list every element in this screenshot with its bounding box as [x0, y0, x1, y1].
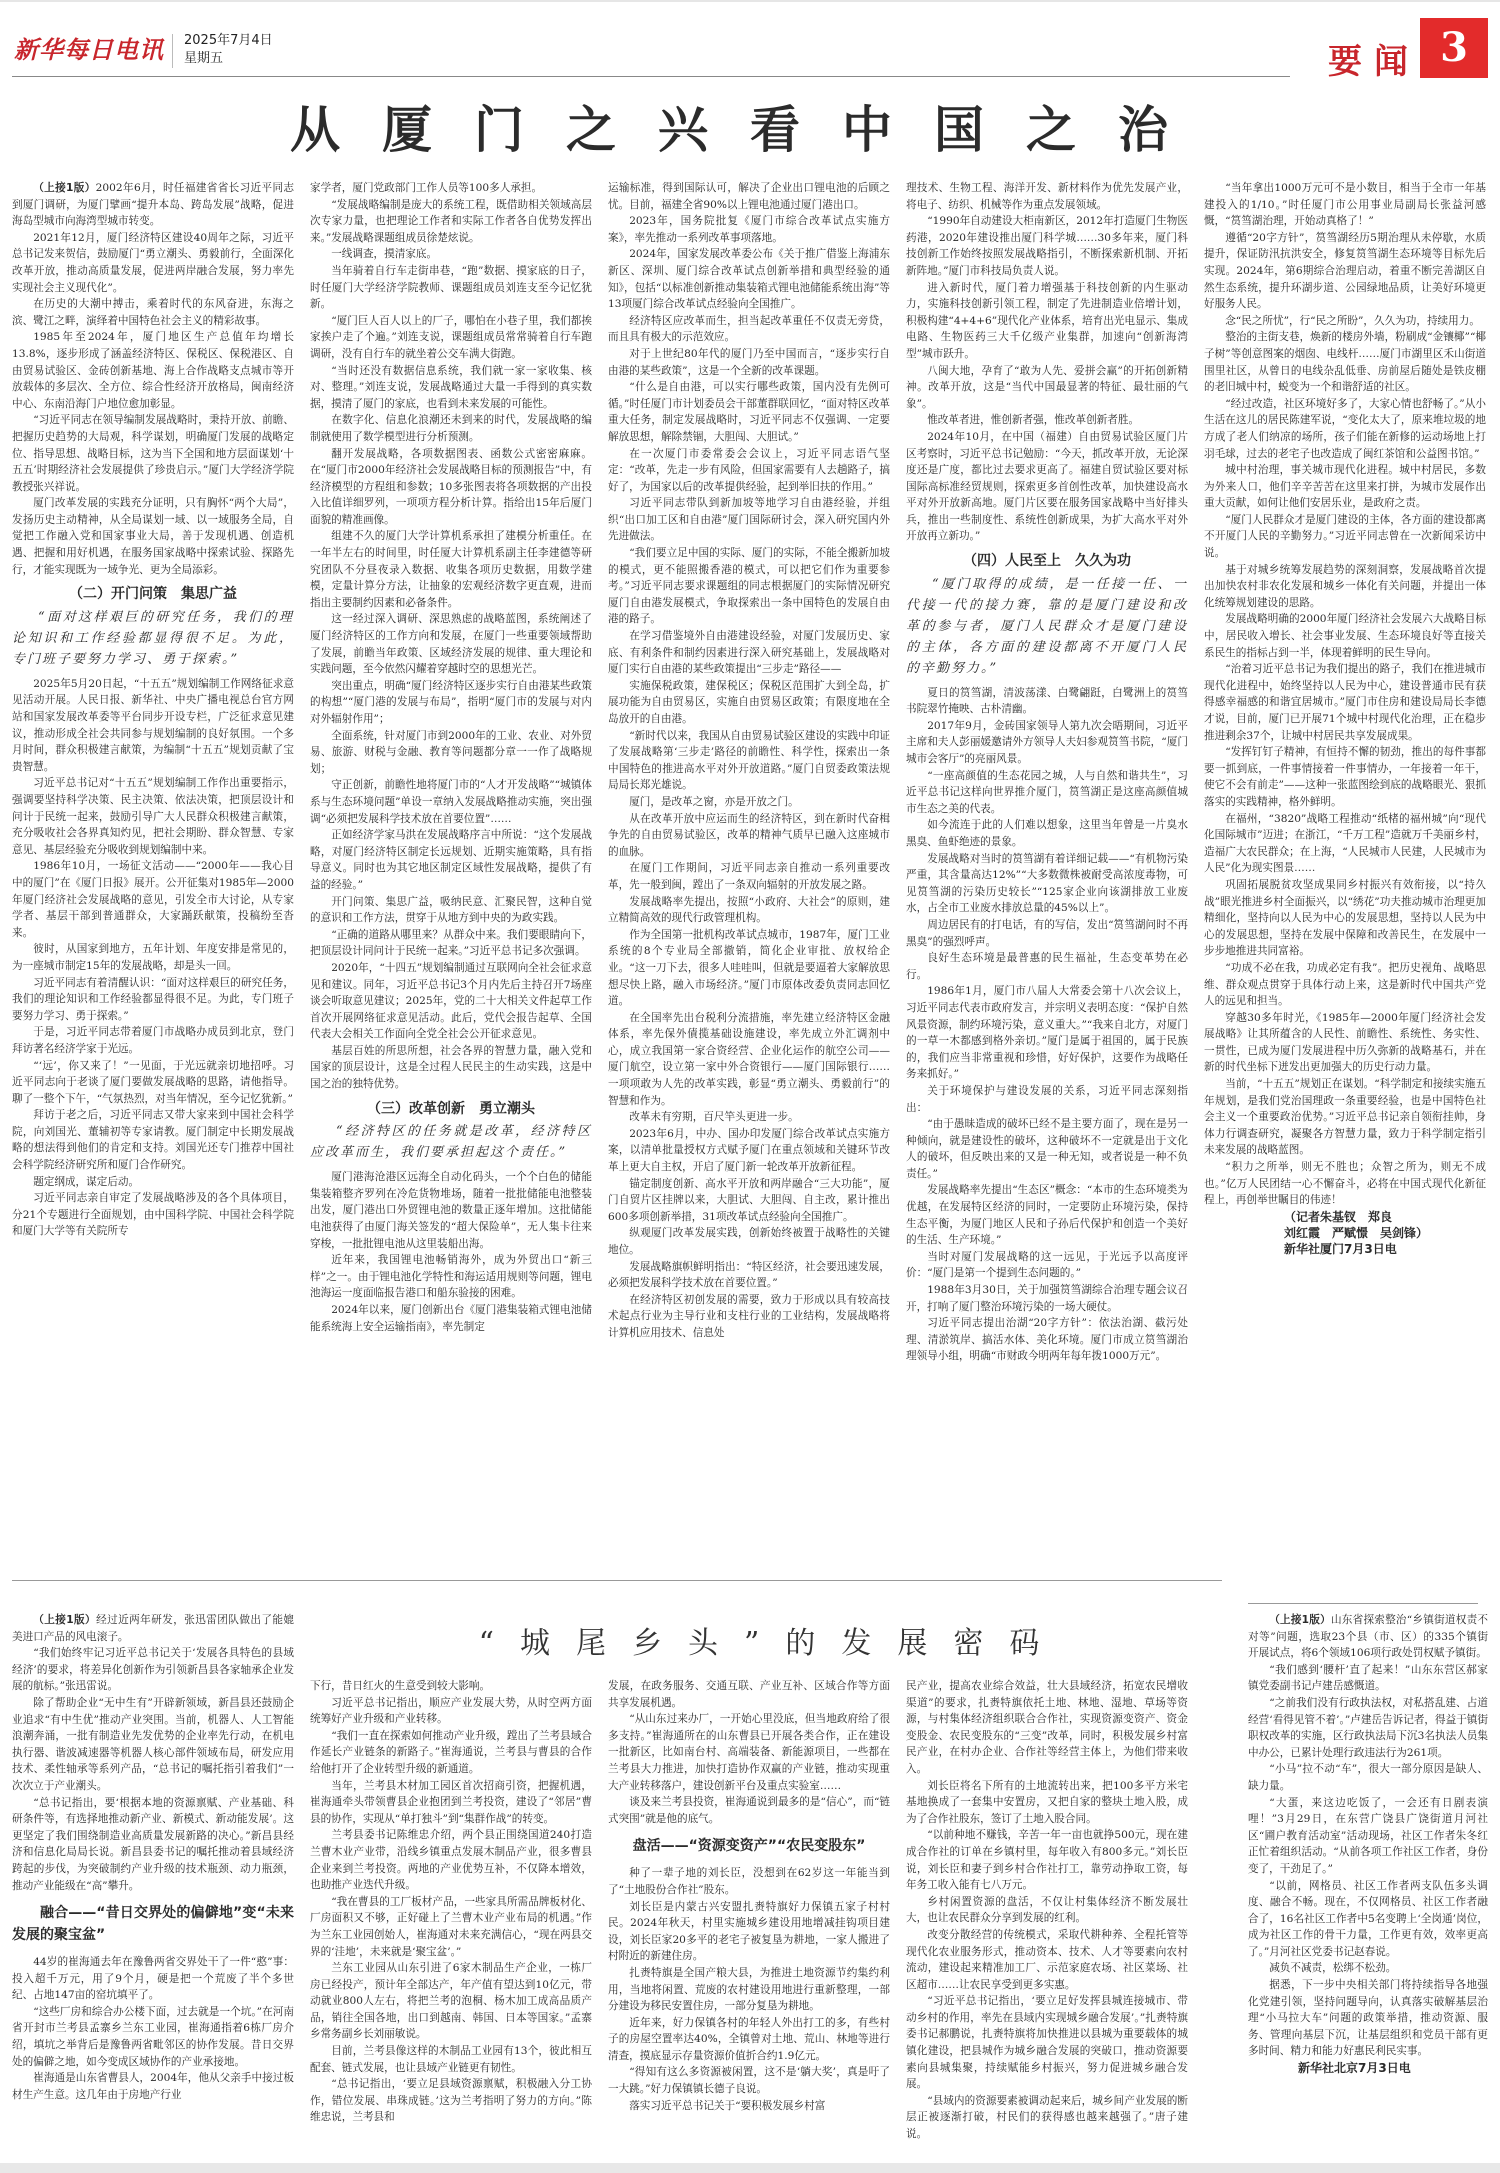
logo-separator [172, 34, 173, 68]
paragraph: 厦门，是改革之窗，亦是开放之门。 [608, 794, 890, 811]
paragraph: 拜访于老之后，习近平同志又带大家来到中国社会科学院，向刘国光、董辅初等专家请教。… [12, 1107, 294, 1173]
paragraph: 组建不久的厦门大学计算机系承担了建模分析重任。在一年半左右的时间里，时任厦大计算… [310, 528, 592, 611]
lower-center-column-3: 民产业，提高农业综合效益，壮大县域经济，拓宽农民增收渠道”的要求，扎赉特旗依托土… [906, 1678, 1188, 2160]
paragraph: “当年拿出1000万元可不是小数目，相当于全市一年基建投入的1/10。”时任厦门… [1204, 180, 1486, 230]
paragraph: 刘长臣将名下所有的土地流转出来，把100多平方米宅基地换成了一套集中安置房，又把… [906, 1778, 1188, 1828]
article-column-5: “当年拿出1000万元可不是小数目，相当于全市一年基建投入的1/10。”时任厦门… [1204, 180, 1486, 1575]
main-article: （上接1版）2002年6月，时任福建省省长习近平同志到厦门调研，为厦门擘画“提升… [12, 180, 1488, 1575]
issue-date: 2025年7月4日 星期五 [184, 32, 273, 68]
paragraph: 2017年9月，金砖国家领导人第九次会晤期间，习近平主席和夫人彭丽媛邀请外方领导… [906, 718, 1188, 768]
paragraph: “大蛋，来这边吃饭了，一会还有日剧表演哩！”3月29日，在东营广饶县广饶街道月河… [1248, 1795, 1488, 1878]
paragraph: 城中村治理，事关城市现代化进程。城中村居民，多数为外来人口，他们辛辛苦苦在这里来… [1204, 462, 1486, 512]
paragraph: 发展战略明确的2000年厦门经济社会发展六大战略目标中，居民收入增长、社会事业发… [1204, 611, 1486, 661]
paragraph: 在全国率先出台税利分流措施，率先建立经济特区金融体系，率先保外債揽基础设施建设，… [608, 1010, 890, 1110]
lower-articles: （上接1版）经过近两年研发，张迅雷团队做出了能媲美进口产品的风电滚子。 “我们始… [12, 1600, 1488, 2160]
paragraph: 发展战略对当时的筼筜湖有着详细记载——“有机物污染严重，其含量高达12%”“大多… [906, 851, 1188, 917]
paragraph: 落实习近平总书记关于“要积极发展乡村富 [608, 2098, 890, 2115]
dateline: 新华社北京7月3日电 [1248, 2060, 1488, 2076]
paragraph: “以前种地不赚钱，辛苦一年一亩也就挣500元，现在建成合作社的订单在乡镇村里，每… [906, 1827, 1188, 1893]
paragraph: 2023年，国务院批复《厦门市综合改革试点实施方案》，率先推动一系列改革事项落地… [608, 213, 890, 246]
paragraph: 全面系统，针对厦门市到2000年的工业、农业、对外贸易、旅游、财税与金融、教育等… [310, 728, 592, 778]
paragraph: “县域内的资源要素被调动起来后，城乡间产业发展的断层正被逐渐打破，村民们的获得感… [906, 2093, 1188, 2143]
paragraph: 乡村闲置资源的盘活，不仅让村集体经济不断发展壮大，也让农民群众分享到发展的红利。 [906, 1894, 1188, 1927]
paragraph: 遵循“20字方针”，筼筜湖经历5期治理从未停歇，水质提升，保证防汛抗洪安全，修复… [1204, 230, 1486, 313]
paragraph: 1986年1月，厦门市八届人大常委会第十八次会议上，习近平同志代表市政府发言，并… [906, 983, 1188, 1083]
paragraph: “我们要立足中国的实际、厦门的实际，不能全搬新加坡的模式，更不能照搬香港的模式，… [608, 545, 890, 628]
paragraph: “总书记指出，要‘根据本地的资源禀赋、产业基础、科研条件等，有选择地推动新产业、… [12, 1795, 294, 1895]
paragraph: 运输标准，得到国际认可，解决了企业出口锂电池的后顾之忧。目前，福建全省90%以上… [608, 180, 890, 213]
paragraph: 扎赉特旗是全国产粮大县，为推进土地资源节约集约利用，当地将闲置、荒废的农村建设用… [608, 1965, 890, 2015]
paragraph: “我们一直在探索如何推动产业升级，蹚出了兰考县域合作延长产业链条的新路子。”崔海… [310, 1728, 592, 1778]
paragraph: 在厦门工作期间，习近平同志亲自推动一系列重要改革，先一般到闽，蹚出了一条双向辐射… [608, 860, 890, 893]
lower-left-article: （上接1版）经过近两年研发，张迅雷团队做出了能媲美进口产品的风电滚子。 “我们始… [12, 1612, 294, 2160]
paragraph: 民产业，提高农业综合效益，壮大县域经济，拓宽农民增收渠道”的要求，扎赉特旗依托土… [906, 1678, 1188, 1778]
paragraph: 1986年10月，一场征文活动——“2000年——我心目中的厦门”在《厦门日报》… [12, 858, 294, 941]
paragraph: 这一经过深入调研、深思熟虑的战略蓝图，系统阐述了厦门经济特区的工作方向和发展，在… [310, 611, 592, 677]
paragraph: “积力之所举，则无不胜也；众智之所为，则无不成也。”亿万人民团结一心不懈奋斗，必… [1204, 1159, 1486, 1209]
paragraph: 1988年3月30日，关于加强筼筜湖综合治理专题会议召开，打响了厦门整治环境污染… [906, 1282, 1188, 1315]
paragraph: 当年，兰考县木材加工园区首次招商引资，把握机遇，崔海通牵头带领曹县企业抱团到兰考… [310, 1778, 592, 1828]
paragraph: “正确的道路从哪里来？从群众中来。我们要眼睛向下，把顶层设计同问计于民统一起来。… [310, 927, 592, 960]
paragraph: 实施保税政策，建保税区；保税区范围扩大到全岛，扩展功能为自由贸易区，实施自由贸易… [608, 678, 890, 728]
masthead: 新华每日电讯 2025年7月4日 星期五 要闻 3 [0, 0, 1500, 76]
paragraph: “厦门人民群众才是厦门建设的主体，各方面的建设都离不开厦门人民的辛勤努力。”习近… [1204, 512, 1486, 562]
paragraph: 改革未有穷期，百尺竿头更进一步。 [608, 1109, 890, 1126]
paragraph: 在经济特区初创发展的需要，致力于形成以具有较高技术起点行业为主导行业和支柱行业的… [608, 1292, 890, 1342]
paragraph: 2024年以来，厦门创新出台《厦门港集装箱式锂电池储能系统海上安全运输指南》，率… [310, 1302, 592, 1335]
newspaper-logo: 新华每日电讯 [14, 30, 164, 65]
paragraph: 一线调查，摸清家底。 [310, 246, 592, 263]
paragraph: 发展战略率先提出，按照“小政府、大社会”的原则，建立精简高效的现代行政管理机构。 [608, 894, 890, 927]
section-divider [12, 1580, 1222, 1581]
paragraph: “之前我们没有行政执法权，对私搭乱建、占道经营‘看得见管不着’。”卢建岳告诉记者… [1248, 1695, 1488, 1761]
paragraph: “以前，网格员、社区工作者两支队伍多头调度、融合不畅。现在，不仅网格员、社区工作… [1248, 1878, 1488, 1961]
paragraph: 正如经济学家马洪在发展战略序言中所说：“这个发展战略，对厦门经济特区制定长远规划… [310, 827, 592, 893]
paragraph: 发展战略旗帜鲜明指出：“特区经济，社会要迅速发展，必须把发展科学技术放在首要位置… [608, 1259, 890, 1292]
paragraph: 2024年，国家发展改革委公布《关于推广借鉴上海浦东新区、深圳、厦门综合改革试点… [608, 246, 890, 312]
paragraph: “习近平同志在领导编制发展战略时，秉持开放、前瞻、把握历史趋势的大局观，科学谋划… [12, 412, 294, 495]
paragraph: “这些厂房和综合办公楼下面，过去就是一个坑。”在河南省开封市兰考县孟寨乡兰东工业… [12, 2004, 294, 2070]
paragraph: 习近平同志带队到新加坡等地学习自由港经验，并组织“出口加工区和自由港”厦门国际研… [608, 495, 890, 545]
weekday: 星期五 [184, 50, 273, 68]
continued-label: （上接1版） [1269, 1614, 1331, 1626]
paragraph: 在一次厦门市委常委会会议上，习近平同志语气坚定：“改革，先走一步有风险，但国家需… [608, 446, 890, 496]
paragraph: “从山东过来办厂，一开始心里没底，但当地政府给了很多支持。”崔海通所在的山东曹县… [608, 1711, 890, 1794]
paragraph: 穿越30多年时光，《1985年—2000年厦门经济社会发展战略》让其所蕴含的人民… [1204, 1010, 1486, 1076]
paragraph: 整治的主街支巷，焕新的楼房外墙，粉刷成“金镶椰”“椰子树”等创意图案的烟囱、电线… [1204, 329, 1486, 395]
main-headline: 从厦门之兴看中国之治 [0, 80, 1500, 180]
paragraph: 巩固拓展脱贫攻坚成果同乡村振兴有效衔接，以“持久战”眼光推进乡村全面振兴，以“绣… [1204, 877, 1486, 960]
paragraph: 44岁的崔海通去年在豫鲁两省交界处干了一件“憨”事：投入超千万元，用了9个月，硬… [12, 1954, 294, 2004]
paragraph: 夏日的筼筜湖，清波荡漾、白鹭翩跹，白鹭洲上的筼筜书院翠竹掩映、古朴清幽。 [906, 685, 1188, 718]
paragraph: “‘远’，你又来了！”一见面，于光远就亲切地招呼。习近平同志向于老谈了厦门要做发… [12, 1058, 294, 1108]
masthead-rule [12, 76, 1290, 77]
paragraph: 良好生态环境是最普惠的民生福祉，生态变革势在必行。 [906, 950, 1188, 983]
lower-center-column-1: 下行，昔日红火的生意受到较大影响。 习近平总书记指出，顺应产业发展大势，从时空两… [310, 1678, 592, 2160]
paragraph: 经济特区应改革而生，担当起改革重任不仅责无旁贷，而且具有极大的示范效应。 [608, 313, 890, 346]
paragraph: 发展，在政务服务、交通互联、产业互补、区域合作等方面共享发展机遇。 [608, 1678, 890, 1711]
paragraph: “一座高颜值的生态花园之城，人与自然和谐共生”，习近平总书记这样向世界推介厦门，… [906, 768, 1188, 818]
paragraph: 周边居民有的打电话，有的写信，发出“筼筜湖问时不再黑臭”的强烈呼声。 [906, 917, 1188, 950]
paragraph: 习近平同志亲自审定了发展战略涉及的各个具体项目，分21个专题进行全面规划，由中国… [12, 1190, 294, 1240]
paragraph: 兰考县委书记陈维忠介绍，两个县正围绕国道240打造兰曹木业产业带，沿线乡镇重点发… [310, 1827, 592, 1893]
lower-headline: “城尾乡头”的发展密码 [307, 1618, 1237, 1662]
continued-label: （上接1版） [33, 1614, 96, 1626]
paragraph: 习近平总书记指出，顺应产业发展大势，从时空两方面统筹好产业升级和产业转移。 [310, 1695, 592, 1728]
paragraph: 2023年6月，中办、国办印发厦门综合改革试点实施方案，以清单批量授权方式赋予厦… [608, 1126, 890, 1176]
paragraph: 念“民之所忧”，行“民之所盼”，久久为功，持续用力。 [1204, 313, 1486, 330]
paragraph: “1990年自动建设大柜南新区，2012年打造厦门生物医药港，2020年建设推出… [906, 213, 1188, 279]
paragraph: 改变分散经营的传统模式，采取代耕种养、全程托管等现代化农业服务形式，推动资本、技… [906, 1927, 1188, 1993]
paragraph: 当前，“十五五”规划正在谋划。“科学制定和接续实施五年规划，是我们党治国理政一条… [1204, 1076, 1486, 1159]
paragraph: 在福州，“3820”战略工程推动“纸楮的福州城”向“现代化国际城市”迈进；在浙江… [1204, 811, 1486, 877]
paragraph: 在历史的大潮中搏击，乘着时代的东风奋进，东海之滨、鹭江之畔，演绎着中国特色社会主… [12, 296, 294, 329]
paragraph: 崔海通是山东省曹县人，2004年，他从父亲手中接过板材生产生意。这几年由于房地产… [12, 2070, 294, 2103]
section-subhead: 盘活——“资源变资产”“农民变股东” [608, 1835, 890, 1857]
paragraph: 基层百姓的所思所想，社会各界的智慧力量，融入党和国家的顶层设计，这是全过程人民民… [310, 1043, 592, 1093]
paragraph: 对于上世纪80年代的厦门乃至中国而言，“逐步实行自由港的某些政策”，这是一个全新… [608, 346, 890, 379]
paragraph: 锚定制度创新、高水平开放和两岸融合“三大功能”，厦门自贸片区挂牌以来，大胆试、大… [608, 1176, 890, 1226]
paragraph: 目前，兰考县像这样的木制品工业园有13个，彼此相互配套、链式发展，也让县域产业链… [310, 2043, 592, 2076]
paragraph: 习近平总书记对“十五五”规划编制工作作出重要指示，强调要坚持科学决策、民主决策、… [12, 775, 294, 858]
paragraph: 在数字化、信息化浪潮还未到来的时代，发展战略的编制就使用了数学模型进行分析预测。 [310, 412, 592, 445]
paragraph: “由于愚昧造成的破坏已经不是主要方面了，现在是另一种倾向，就是建设性的破坏，这种… [906, 1116, 1188, 1182]
paragraph: 厦门改革发展的实践充分证明，只有胸怀“两个大局”，发扬历史主动精神，从全局谋划一… [12, 495, 294, 578]
paragraph: 纵观厦门改革发展实践，创新始终被置于战略性的关键地位。 [608, 1225, 890, 1258]
paragraph: 种了一辈子地的刘长臣，没想到在62岁这一年能当到了“土地股份合作社”股东。 [608, 1865, 890, 1898]
paragraph: 理技术、生物工程、海洋开发、新材料作为优先发展产业，将电子、纺织、机械等作为重点… [906, 180, 1188, 213]
paragraph: 彼时，从国家到地方，五年计划、年度安排是常见的，为一座城市制定15年的发展战略，… [12, 941, 294, 974]
page-footer-bar [0, 2163, 1500, 2173]
paragraph: 兰东工业园从山东引进了6家木制品生产企业，一栋厂房已经投产，预计年全部达产，年产… [310, 1960, 592, 2043]
paragraph: 2025年5月20日起，“十五五”规划编制工作网络征求意见活动开展。人民日报、新… [12, 676, 294, 776]
paragraph: 守正创新，前瞻性地将厦门市的“人才开发战略”“城镇体系与生态环境问题”单设一章纳… [310, 777, 592, 827]
paragraph: 厦门港海沧港区远海全自动化码头，一个个白色的储能集装箱整齐罗列在冷危货物堆场，随… [310, 1169, 592, 1252]
paragraph: 减负不减责，松绑不松劲。 [1248, 1960, 1488, 1977]
paragraph: 八闽大地，孕育了“敢为人先、爱拼会赢”的开拓创新精神。改革开放，这是“当代中国最… [906, 363, 1188, 413]
paragraph: “新时代以来，我国从自由贸易试验区建设的实践中印证了发展战略第‘三步走’路径的前… [608, 728, 890, 794]
paragraph: 开门问策、集思广益，吸纳民意、汇聚民智，这种自觉的意识和工作方法，贯穿于从地方到… [310, 894, 592, 927]
paragraph: “什么是自由港，可以实行哪些政策，国内没有先例可循。”时任厦门市计划委员会干部董… [608, 379, 890, 445]
paragraph: 2021年12月，厦门经济特区建设40周年之际，习近平总书记发来贺信，鼓励厦门“… [12, 230, 294, 296]
section-subhead: （四）人民至上 久久为功 [906, 553, 1188, 570]
paragraph: 近年来，我国锂电池畅销海外，成为外贸出口“新三样”之一。由于锂电池化学特性和海运… [310, 1252, 592, 1302]
section-name: 要闻 [1328, 34, 1420, 83]
paragraph: 惟改革者进，惟创新者强，惟改革创新者胜。 [906, 412, 1188, 429]
paragraph: “我们始终牢记习近平总书记关于‘发展各具特色的县域经济’的要求，将差异化创新作为… [12, 1645, 294, 1695]
paragraph: 基于对城乡统筹发展趋势的深刻洞察，发展战略首次提出加快农村非农化发展和城乡一体化… [1204, 562, 1486, 612]
paragraph: “经过改造，社区环境好多了，大家心情也舒畅了。”从小生活在这儿的居民陈建军说，“… [1204, 396, 1486, 462]
paragraph: 如今流连于此的人们难以想象，这里当年曾是一片臭水黑臭、鱼虾绝迹的景象。 [906, 817, 1188, 850]
paragraph: “我们感到‘腰杆’直了起来！”山东东营区郝家镇党委副书记卢建岳感慨道。 [1248, 1662, 1488, 1695]
continued-label: （上接1版） [33, 182, 95, 194]
pull-quote: “厦门取得的成绩，是一任接一任、一代接一代的接力赛，靠的是厦门建设和改革的参与者… [906, 574, 1188, 679]
article-column-2: 家学者，厦门党政部门工作人员等100多人承担。 “发展战略编制是庞大的系统工程，… [310, 180, 592, 1575]
pull-quote: “经济特区的任务就是改革，经济特区应改革而生，我们要承担起这个责任。” [310, 1121, 592, 1163]
paragraph: 下行，昔日红火的生意受到较大影响。 [310, 1678, 592, 1695]
paragraph: “发挥钉钉子精神，有恒持不懈的韧劲，推出的每件事都要一抓到底，一件事情接着一件事… [1204, 744, 1486, 810]
paragraph: 突出重点，明确“厦门经济特区逐步实行自由港某些政策的构想”“厦门港的发展与布局”… [310, 678, 592, 728]
paragraph: 2020年，“十四五”规划编制通过互联网向全社会征求意见和建议。同年，习近平总书… [310, 960, 592, 1043]
pull-quote: “面对这样艰巨的研究任务，我们的理论知识和工作经验都显得很不足。为此，专门班子要… [12, 607, 294, 670]
paragraph: 据悉，下一步中央相关部门将持续指导各地强化党建引领，坚持问题导向，认真落实破解基… [1248, 1977, 1488, 2060]
paragraph: 当年骑着自行车走街串巷，“跑”数据、摸家底的日子，时任厦门大学经济学院教师、课题… [310, 263, 592, 313]
section-subhead: （二）开门问策 集思广益 [12, 586, 294, 603]
paragraph: 翻开发展战略，各项数据图表、函数公式密密麻麻。在“厦门市2000年经济社会发展战… [310, 446, 592, 529]
paragraph: 家学者，厦门党政部门工作人员等100多人承担。 [310, 180, 592, 197]
paragraph: “发展战略编制是庞大的系统工程，既借助相关领域高层次专家力量，也把理论工作者和实… [310, 197, 592, 247]
reporter-byline: （记者朱基钗 郑良 [1204, 1209, 1486, 1225]
paragraph: 从在改革开放中应运而生的经济特区，到在新时代奋楫争先的自由贸易试验区，改革的精神… [608, 811, 890, 861]
paragraph: 在学习借鉴境外自由港建设经验，对厦门发展历史、家底、有利条件和制约因素进行深入研… [608, 628, 890, 678]
section-subhead: （三）改革创新 勇立潮头 [310, 1101, 592, 1118]
paragraph: “小马”拉不动“车”，很大一部分原因是缺人、缺力量。 [1248, 1761, 1488, 1794]
dateline: 新华社厦门7月3日电 [1204, 1241, 1486, 1257]
paragraph: 关于环境保护与建设发展的关系，习近平同志深刻指出： [906, 1083, 1188, 1116]
paragraph: 进入新时代，厦门着力增强基于科技创新的内生驱动力，实施科技创新引领工程，制定了先… [906, 280, 1188, 363]
reporter-byline: 刘红霞 严赋憬 吴剑锋） [1204, 1225, 1486, 1241]
paragraph: 于是，习近平同志带着厦门市战略办成员到北京，登门拜访著名经济学家于光远。 [12, 1024, 294, 1057]
paragraph: 谈及来兰考县投资，崔海通说到最多的是“信心”，而“链式突围”就是他的底气。 [608, 1794, 890, 1827]
lower-center-column-2: 发展，在政务服务、交通互联、产业互补、区域合作等方面共享发展机遇。 “从山东过来… [608, 1678, 890, 2160]
date: 2025年7月4日 [184, 32, 273, 50]
paragraph: “总书记指出，‘要立足县域资源禀赋，积极融入分工协作，错位发展、串珠成链。’这为… [310, 2076, 592, 2126]
paragraph: “功成不必在我，功成必定有我”。把历史视角、战略思维、群众观点贯穿于具体行动上来… [1204, 960, 1486, 1010]
paragraph: 刘长臣是内蒙古兴安盟扎赉特旗好力保镇五家子村村民。2024年秋天，村里实施城乡建… [608, 1899, 890, 1965]
paragraph: 当时对厦门发展战略的这一远见，于光远予以高度评价：“厦门是第一个提到生态问题的。… [906, 1249, 1188, 1282]
paragraph: 习近平同志提出治湖“20字方针”：依法治湖、截污处理、清淤筑岸、搞活水体、美化环… [906, 1315, 1188, 1365]
page-number-badge: 3 [1420, 18, 1488, 78]
paragraph: 近年来，好力保镇各村的年轻人外出打工的多，有些村子的房屋空置率达40%，全镇曾对… [608, 2015, 890, 2065]
paragraph: 题定纲成，谋定后动。 [12, 1174, 294, 1191]
paragraph: 除了帮助企业“无中生有”开辟新领域，新昌县还鼓励企业追求“有中生优”推动产业突围… [12, 1695, 294, 1795]
paragraph: 作为全国第一批机构改革试点城市，1987年，厦门工业系统的8个专业局全部撤销，简… [608, 927, 890, 1010]
article-column-3: 运输标准，得到国际认可，解决了企业出口锂电池的后顾之忧。目前，福建全省90%以上… [608, 180, 890, 1575]
article-column-1: （上接1版）2002年6月，时任福建省省长习近平同志到厦门调研，为厦门擘画“提升… [12, 180, 294, 1575]
paragraph: 发展战略率先提出“生态区”概念：“本市的生态环境类为优越，在发展特区经济的同时，… [906, 1182, 1188, 1248]
paragraph: “得知有这么多资源被闲置，这不是‘躺大奖’，真是吁了一大跳。”好力保镇镇长德子良… [608, 2064, 890, 2097]
section-subhead: 融合——“昔日交界处的偏僻地”变“未来发展的聚宝盆” [12, 1902, 294, 1946]
paragraph: “习近平总书记指出，‘要立足好发挥县城连接城市、带动乡村的作用，率先在县域内实现… [906, 1993, 1188, 2093]
lower-right-article: （上接1版）山东省探索整治“乡镇街道权责不对等”问题，选取23个县（市、区）的3… [1248, 1612, 1488, 2160]
paragraph: “治着习近平总书记为我们提出的路子，我们在推进城市现代化进程中，始终坚持以人民为… [1204, 661, 1486, 744]
paragraph: 2024年10月，在中国（福建）自由贸易试验区厦门片区考察时，习近平总书记勉励：… [906, 429, 1188, 545]
paragraph: 习近平同志有着清醒认识：“面对这样艰巨的研究任务，我们的理论知识和工作经验都显得… [12, 975, 294, 1025]
paragraph: “当时还没有数据信息系统，我们就一家一家收集、核对、整理。”刘连支说，发展战略通… [310, 363, 592, 413]
paragraph: “我在曹县的工厂板材产品，一些家具所需品牌板材化、厂房面积又不够，正好碰上了兰曹… [310, 1894, 592, 1960]
article-column-4: 理技术、生物工程、海洋开发、新材料作为优先发展产业，将电子、纺织、机械等作为重点… [906, 180, 1188, 1575]
paragraph: 1985年至2024年，厦门地区生产总值年均增长13.8%，逐步形成了涵盖经济特… [12, 329, 294, 412]
paragraph: “厦门巨人百人以上的厂子，哪怕在小巷子里，我们都挨家挨户走了个遍。”刘连支说，课… [310, 313, 592, 363]
